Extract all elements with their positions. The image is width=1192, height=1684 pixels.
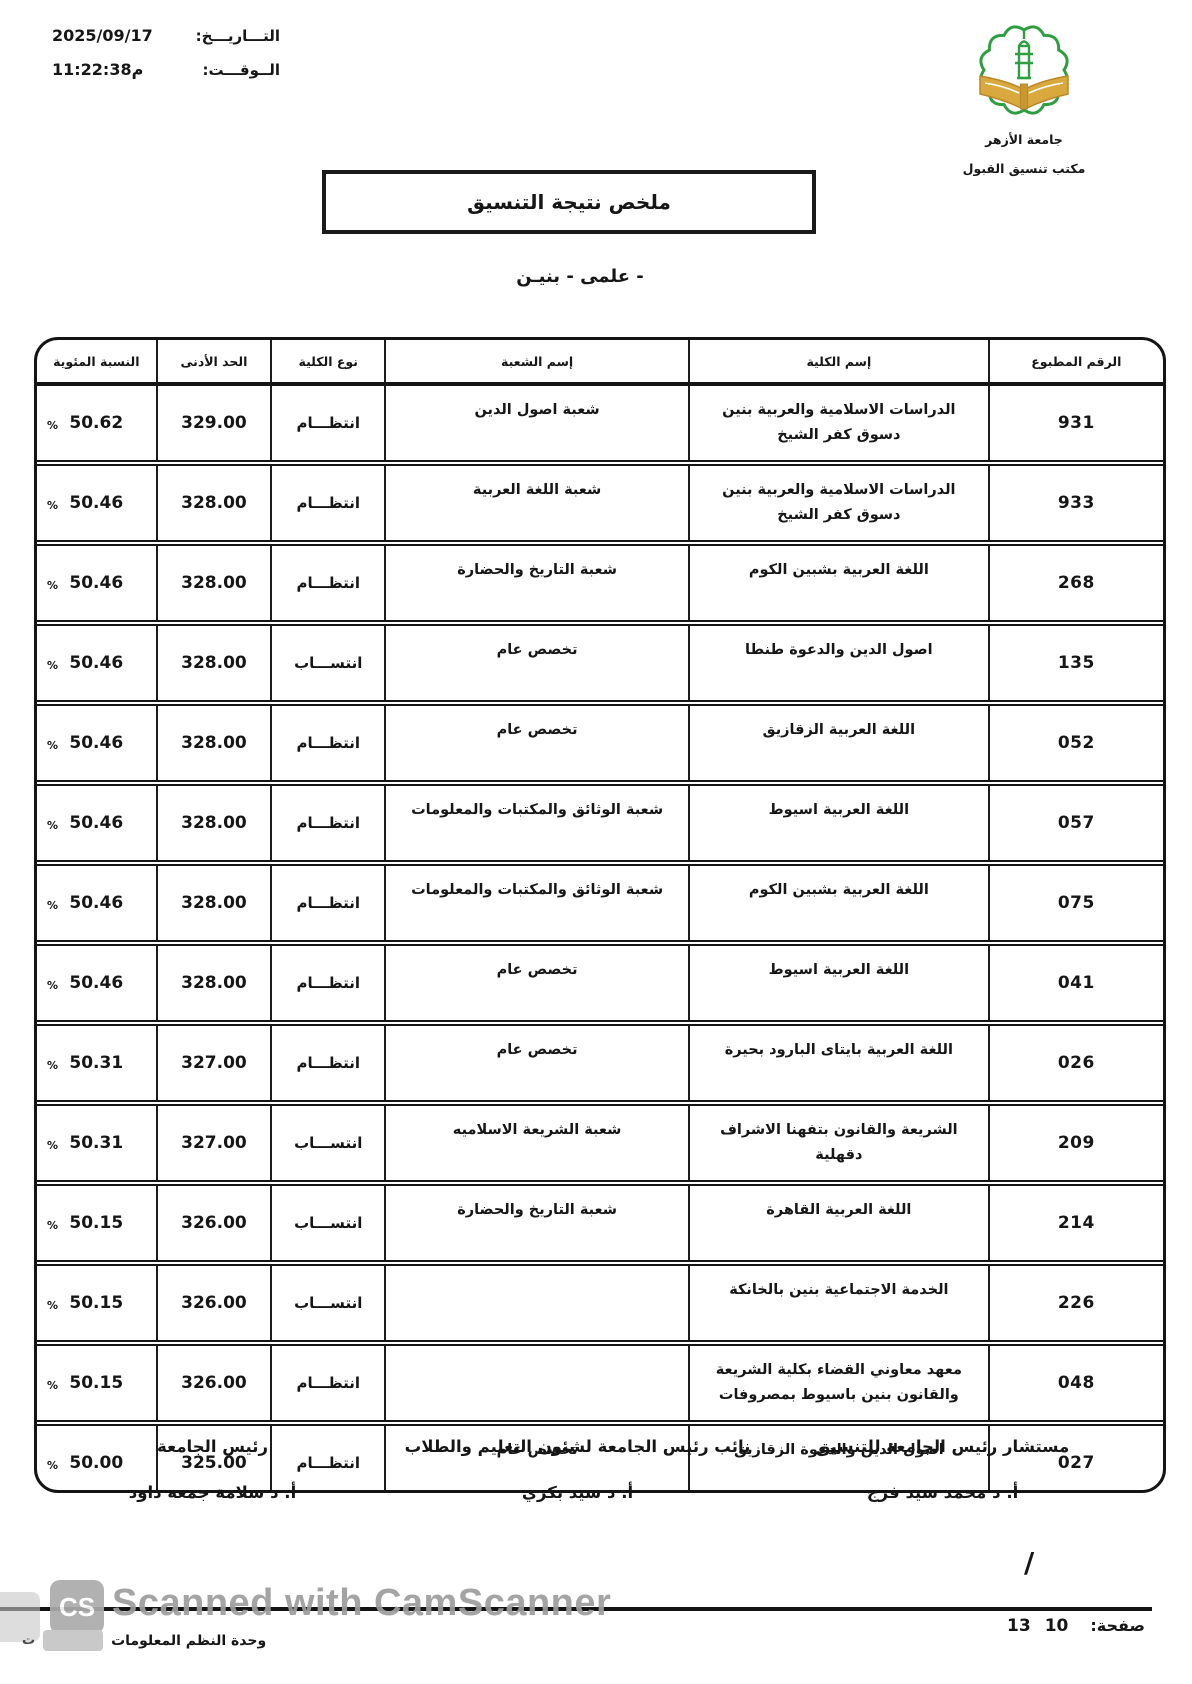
percent-value: 50.15 xyxy=(69,1213,123,1233)
cell-percentage: % 50.31 xyxy=(37,1106,157,1180)
table-row: 933 الدراسات الاسلامية والعربية بنين دسو… xyxy=(37,460,1163,540)
cell-percentage: % 50.62 xyxy=(37,386,157,460)
cell-college-name: اللغة العربية بشبين الكوم xyxy=(690,546,990,620)
signatures-row: مستشار رئيس الجامعة للتنسيق أ. د محمد سي… xyxy=(30,1437,1125,1502)
signature-coordination-advisor: مستشار رئيس الجامعة للتنسيق أ. د محمد سي… xyxy=(760,1437,1125,1502)
table-row: 931 الدراسات الاسلامية والعربية بنين دسو… xyxy=(37,386,1163,460)
cell-min-score: 328.00 xyxy=(158,706,273,780)
cell-percentage: % 50.15 xyxy=(37,1346,157,1420)
cell-branch-name: شعبة الوثائق والمكتبات والمعلومات xyxy=(386,786,690,860)
cell-min-score: 327.00 xyxy=(158,1026,273,1100)
percent-value: 50.46 xyxy=(69,653,123,673)
cell-min-score: 328.00 xyxy=(158,786,273,860)
cell-college-name: اصول الدين والدعوة طنطا xyxy=(690,626,990,700)
percent-value: 50.46 xyxy=(69,893,123,913)
percent-sign: % xyxy=(47,1379,58,1392)
col-header-college: إسم الكلية xyxy=(690,340,990,382)
cell-code: 933 xyxy=(990,466,1163,540)
cell-code: 209 xyxy=(990,1106,1163,1180)
report-title: ملخص نتيجة التنسيق xyxy=(467,190,671,214)
cell-college-type: انتظـــام xyxy=(272,1026,386,1100)
percent-sign: % xyxy=(47,819,58,832)
cell-min-score: 329.00 xyxy=(158,386,273,460)
cell-branch-name: شعبة التاريخ والحضارة xyxy=(386,1186,690,1260)
cell-branch-name: تخصص عام xyxy=(386,1026,690,1100)
cell-branch-name: تخصص عام xyxy=(386,626,690,700)
cell-code: 052 xyxy=(990,706,1163,780)
report-subtitle: - علمى - بنيـن xyxy=(0,266,1160,287)
cell-code: 075 xyxy=(990,866,1163,940)
cell-branch-name: شعبة الشريعة الاسلاميه xyxy=(386,1106,690,1180)
percent-value: 50.46 xyxy=(69,973,123,993)
cell-percentage: % 50.31 xyxy=(37,1026,157,1100)
percent-value: 50.15 xyxy=(69,1373,123,1393)
signature-university-president: رئيس الجامعة أ. د سلامة جمعه داود xyxy=(30,1437,395,1502)
date-label: التـــاريـــخ: xyxy=(196,27,280,45)
cell-college-type: انتســـاب xyxy=(272,626,386,700)
percent-value: 50.46 xyxy=(69,573,123,593)
cell-code: 057 xyxy=(990,786,1163,860)
cell-percentage: % 50.46 xyxy=(37,466,157,540)
cell-percentage: % 50.46 xyxy=(37,786,157,860)
cell-branch-name xyxy=(386,1266,690,1340)
table-row: 041 اللغة العربية اسيوط تخصص عام انتظـــ… xyxy=(37,940,1163,1020)
cell-college-type: انتظـــام xyxy=(272,466,386,540)
col-header-type: نوع الكلية xyxy=(272,340,386,382)
date-value: 2025/09/17 xyxy=(52,26,153,45)
cell-college-type: انتســـاب xyxy=(272,1266,386,1340)
cell-college-name: اللغة العربية الزقازيق xyxy=(690,706,990,780)
cell-min-score: 328.00 xyxy=(158,946,273,1020)
signature-name: أ. د سلامة جمعه داود xyxy=(30,1483,395,1502)
cell-percentage: % 50.15 xyxy=(37,1266,157,1340)
camscanner-logo-icon: CS xyxy=(50,1580,104,1634)
signature-title: نائب رئيس الجامعة لشئون التعليم والطلاب xyxy=(395,1437,760,1456)
date-line: التـــاريـــخ: 2025/09/17 xyxy=(52,26,280,45)
page-number-block: صفحة: 10 13 xyxy=(1007,1616,1145,1636)
cell-college-type: انتظـــام xyxy=(272,546,386,620)
percent-sign: % xyxy=(47,499,58,512)
al-azhar-university-logo-icon xyxy=(964,18,1084,122)
cell-college-type: انتظـــام xyxy=(272,706,386,780)
cell-college-type: انتظـــام xyxy=(272,866,386,940)
percent-sign: % xyxy=(47,1059,58,1072)
table-row: 209 الشريعة والقانون بتفهنا الاشراف دقهل… xyxy=(37,1100,1163,1180)
percent-value: 50.62 xyxy=(69,413,123,433)
cell-percentage: % 50.15 xyxy=(37,1186,157,1260)
cell-min-score: 326.00 xyxy=(158,1346,273,1420)
table-row: 214 اللغة العربية القاهرة شعبة التاريخ و… xyxy=(37,1180,1163,1260)
cell-branch-name: شعبة التاريخ والحضارة xyxy=(386,546,690,620)
cell-college-name: الدراسات الاسلامية والعربية بنين دسوق كف… xyxy=(690,386,990,460)
cell-code: 026 xyxy=(990,1026,1163,1100)
table-row: 026 اللغة العربية بايتاى البارود بحيرة ت… xyxy=(37,1020,1163,1100)
time-label: الــوقـــت: xyxy=(202,61,280,79)
percent-sign: % xyxy=(47,419,58,432)
office-name: مكتب تنسيق القبول xyxy=(948,161,1100,176)
percent-sign: % xyxy=(47,659,58,672)
page-total: 13 xyxy=(1007,1616,1031,1636)
table-row: 048 معهد معاوني القضاء بكلية الشريعة وال… xyxy=(37,1340,1163,1420)
cell-college-type: انتســـاب xyxy=(272,1106,386,1180)
table-row: 268 اللغة العربية بشبين الكوم شعبة التار… xyxy=(37,540,1163,620)
percent-sign: % xyxy=(47,739,58,752)
time-value: م11:22:38 xyxy=(52,60,143,79)
cell-code: 214 xyxy=(990,1186,1163,1260)
percent-sign: % xyxy=(47,579,58,592)
table-row: 226 الخدمة الاجتماعية بنين بالخانكة انتس… xyxy=(37,1260,1163,1340)
cell-college-name: الدراسات الاسلامية والعربية بنين دسوق كف… xyxy=(690,466,990,540)
cell-code: 226 xyxy=(990,1266,1163,1340)
percent-sign: % xyxy=(47,899,58,912)
signature-title: مستشار رئيس الجامعة للتنسيق xyxy=(760,1437,1125,1456)
percent-value: 50.31 xyxy=(69,1133,123,1153)
col-header-min: الحد الأدنى xyxy=(158,340,273,382)
cell-branch-name: شعبة اللغة العربية xyxy=(386,466,690,540)
cell-code: 135 xyxy=(990,626,1163,700)
cell-college-name: اللغة العربية القاهرة xyxy=(690,1186,990,1260)
percent-value: 50.15 xyxy=(69,1293,123,1313)
percent-value: 50.46 xyxy=(69,493,123,513)
col-header-percent: النسبة المئوية xyxy=(37,340,157,382)
cell-min-score: 328.00 xyxy=(158,626,273,700)
university-header: جامعة الأزهر مكتب تنسيق القبول xyxy=(948,18,1100,176)
table-header-row: الرقم المطبوع إسم الكلية إسم الشعبة نوع … xyxy=(37,340,1163,386)
report-title-box: ملخص نتيجة التنسيق xyxy=(322,170,816,234)
cell-min-score: 328.00 xyxy=(158,546,273,620)
percent-sign: % xyxy=(47,979,58,992)
cell-college-name: اللغة العربية بايتاى البارود بحيرة xyxy=(690,1026,990,1100)
cell-min-score: 328.00 xyxy=(158,866,273,940)
percent-sign: % xyxy=(47,1299,58,1312)
cell-branch-name: شعبة الوثائق والمكتبات والمعلومات xyxy=(386,866,690,940)
cell-college-name: اللغة العربية اسيوط xyxy=(690,786,990,860)
cell-college-name: اللغة العربية اسيوط xyxy=(690,946,990,1020)
info-systems-unit-line: وحدة النظم المعلومات ت xyxy=(22,1630,266,1651)
datetime-block: التـــاريـــخ: 2025/09/17 الــوقـــت: م1… xyxy=(52,26,280,94)
scanned-document-page: التـــاريـــخ: 2025/09/17 الــوقـــت: م1… xyxy=(0,0,1192,1684)
percent-value: 50.31 xyxy=(69,1053,123,1073)
percent-sign: % xyxy=(47,1219,58,1232)
results-table: الرقم المطبوع إسم الكلية إسم الشعبة نوع … xyxy=(34,337,1166,1493)
cell-min-score: 326.00 xyxy=(158,1186,273,1260)
cell-min-score: 328.00 xyxy=(158,466,273,540)
handwritten-slash-mark: / xyxy=(1024,1546,1034,1579)
cell-college-name: الشريعة والقانون بتفهنا الاشراف دقهلية xyxy=(690,1106,990,1180)
cell-code: 268 xyxy=(990,546,1163,620)
page-numbers: 10 13 xyxy=(1007,1616,1068,1636)
table-row: 075 اللغة العربية بشبين الكوم شعبة الوثا… xyxy=(37,860,1163,940)
table-row: 057 اللغة العربية اسيوط شعبة الوثائق وال… xyxy=(37,780,1163,860)
info-systems-unit-tail: ت xyxy=(22,1633,35,1648)
page-current: 10 xyxy=(1045,1616,1069,1636)
cell-percentage: % 50.46 xyxy=(37,626,157,700)
signature-name: أ. د سيد بكري xyxy=(395,1483,760,1502)
cell-college-type: انتظـــام xyxy=(272,786,386,860)
cell-code: 041 xyxy=(990,946,1163,1020)
cell-branch-name: تخصص عام xyxy=(386,946,690,1020)
page-label: صفحة: xyxy=(1090,1616,1145,1635)
table-row: 135 اصول الدين والدعوة طنطا تخصص عام انت… xyxy=(37,620,1163,700)
col-header-code: الرقم المطبوع xyxy=(990,340,1163,382)
cell-percentage: % 50.46 xyxy=(37,706,157,780)
time-line: الــوقـــت: م11:22:38 xyxy=(52,60,280,79)
cell-percentage: % 50.46 xyxy=(37,946,157,1020)
cell-min-score: 326.00 xyxy=(158,1266,273,1340)
cell-college-type: انتظـــام xyxy=(272,946,386,1020)
signature-title: رئيس الجامعة xyxy=(30,1437,395,1456)
cell-college-name: معهد معاوني القضاء بكلية الشريعة والقانو… xyxy=(690,1346,990,1420)
cell-code: 048 xyxy=(990,1346,1163,1420)
cell-percentage: % 50.46 xyxy=(37,866,157,940)
percent-value: 50.46 xyxy=(69,733,123,753)
percent-value: 50.46 xyxy=(69,813,123,833)
cell-college-type: انتظـــام xyxy=(272,386,386,460)
percent-sign: % xyxy=(47,1139,58,1152)
cell-college-name: اللغة العربية بشبين الكوم xyxy=(690,866,990,940)
cell-min-score: 327.00 xyxy=(158,1106,273,1180)
cell-college-name: الخدمة الاجتماعية بنين بالخانكة xyxy=(690,1266,990,1340)
cell-branch-name: تخصص عام xyxy=(386,706,690,780)
cell-college-type: انتظـــام xyxy=(272,1346,386,1420)
grey-redaction-blob xyxy=(43,1630,103,1651)
signature-vice-president: نائب رئيس الجامعة لشئون التعليم والطلاب … xyxy=(395,1437,760,1502)
cell-branch-name xyxy=(386,1346,690,1420)
signature-name: أ. د محمد سيد فرج xyxy=(760,1483,1125,1502)
cell-code: 931 xyxy=(990,386,1163,460)
info-systems-unit-text: وحدة النظم المعلومات xyxy=(111,1633,266,1649)
camscanner-watermark-text: Scanned with CamScanner xyxy=(112,1582,611,1625)
table-row: 052 اللغة العربية الزقازيق تخصص عام انتظ… xyxy=(37,700,1163,780)
col-header-branch: إسم الشعبة xyxy=(386,340,690,382)
cell-branch-name: شعبة اصول الدين xyxy=(386,386,690,460)
cell-percentage: % 50.46 xyxy=(37,546,157,620)
cell-college-type: انتســـاب xyxy=(272,1186,386,1260)
university-name: جامعة الأزهر xyxy=(948,132,1100,147)
